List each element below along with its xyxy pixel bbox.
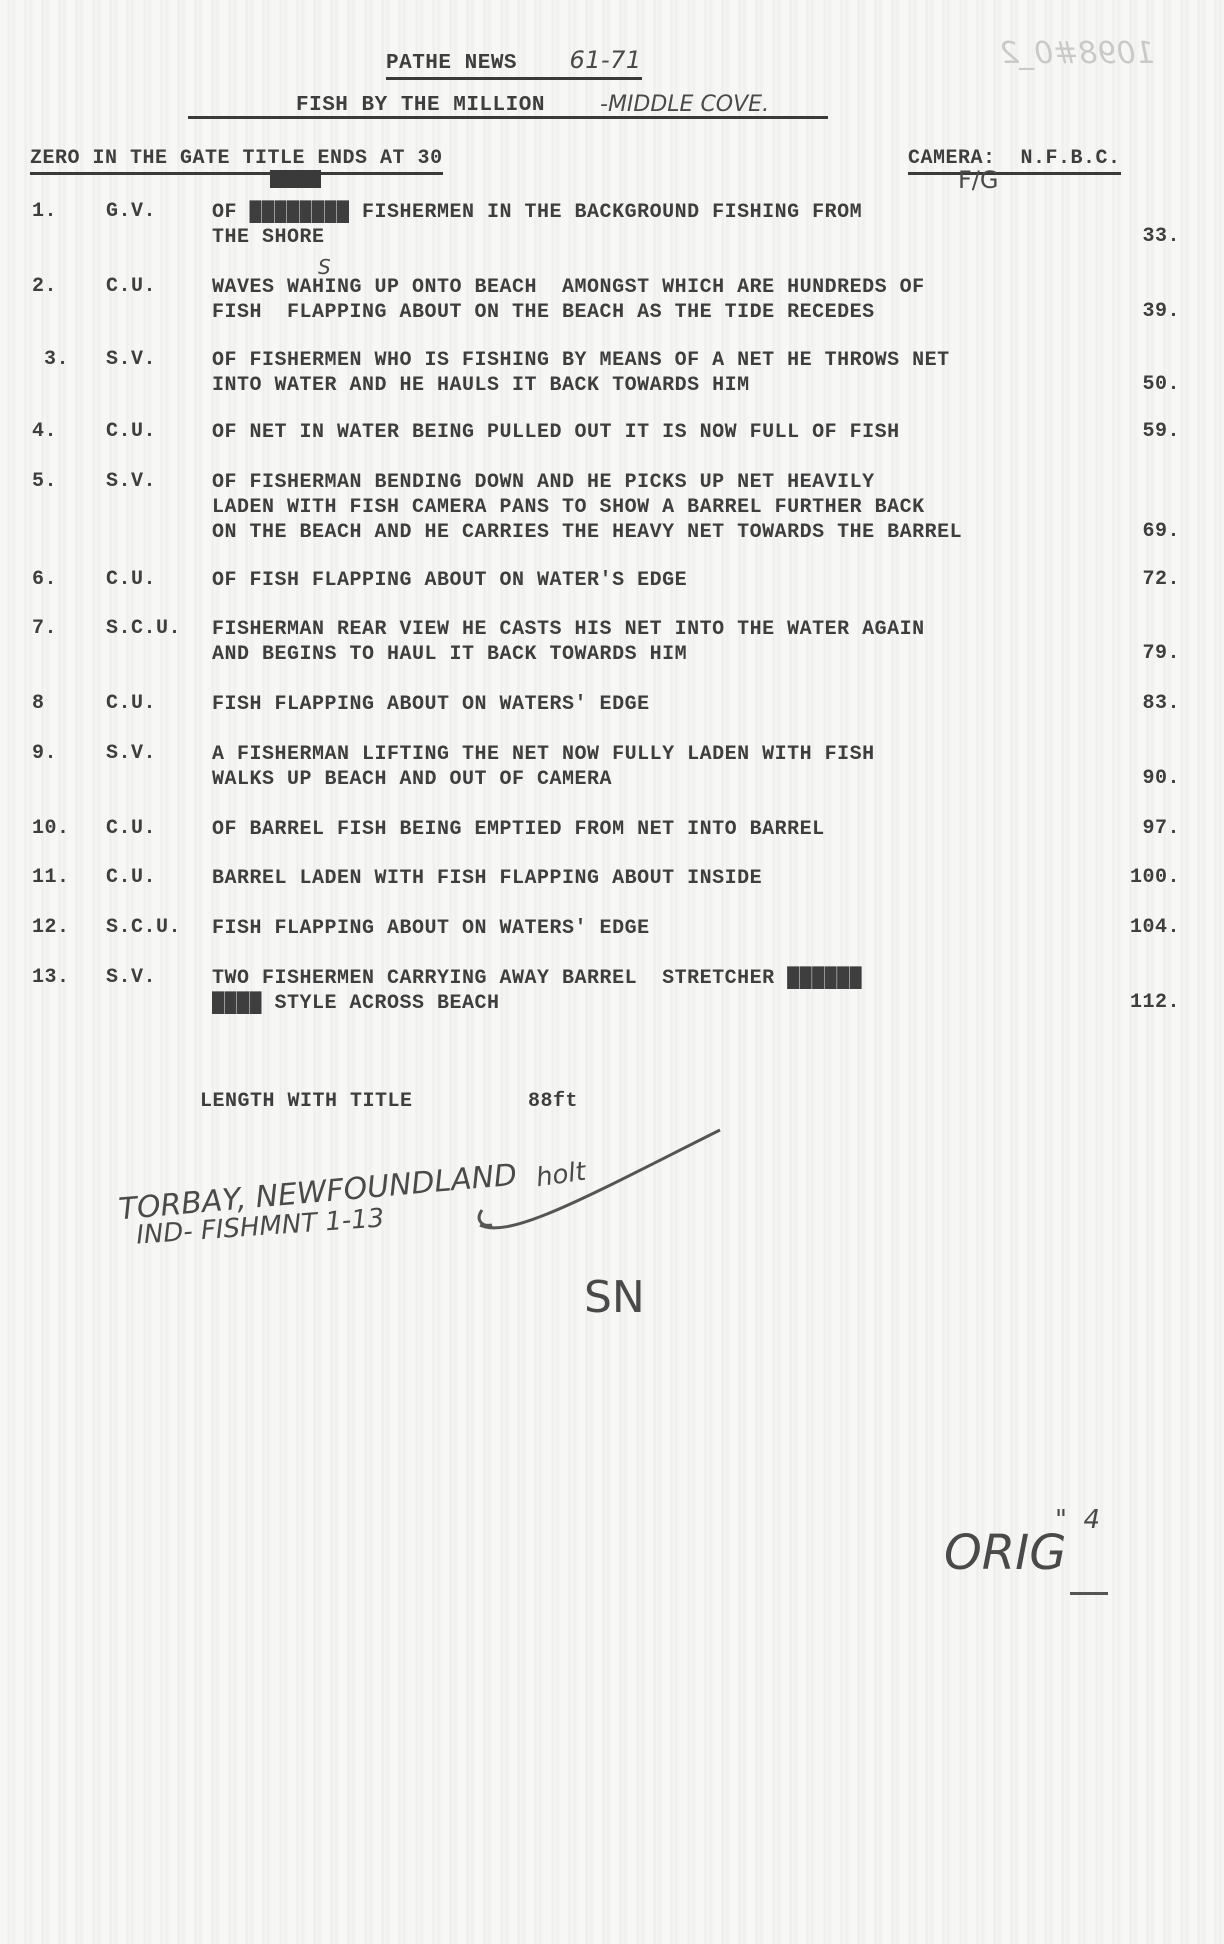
- handwritten-initials-sn: SN: [584, 1272, 645, 1323]
- length-value: 88ft: [528, 1090, 578, 1113]
- shot-footage: 100.: [1110, 866, 1180, 889]
- shot-type: S.V.: [106, 966, 206, 989]
- handwritten-correction: S: [318, 255, 331, 279]
- shot-footage: 59.: [1110, 420, 1180, 443]
- shot-type: G.V.: [106, 200, 206, 223]
- shot-footage: 79.: [1110, 642, 1180, 665]
- shot-description: OF ████████ FISHERMEN IN THE BACKGROUND …: [212, 200, 1112, 250]
- shot-footage: 90.: [1110, 767, 1180, 790]
- shot-type: S.V.: [106, 470, 206, 493]
- shot-number: 8: [32, 692, 72, 715]
- zero-gate-annotation: BEACH: [270, 170, 321, 188]
- shot-number: 2.: [32, 275, 72, 298]
- shot-footage: 33.: [1110, 225, 1180, 248]
- shot-footage: 72.: [1110, 568, 1180, 591]
- document-title: PATHE NEWS 61-71: [386, 46, 642, 80]
- story-location-handwritten: -MIDDLE COVE.: [600, 92, 769, 117]
- title-text: PATHE NEWS: [386, 52, 517, 75]
- shot-footage: 97.: [1110, 817, 1180, 840]
- shot-number: 5.: [32, 470, 72, 493]
- shot-footage: 39.: [1110, 300, 1180, 323]
- story-title: FISH BY THE MILLION: [296, 94, 545, 117]
- shot-number: 10.: [32, 817, 72, 840]
- shot-type: C.U.: [106, 817, 206, 840]
- handwritten-orig: ORIG: [944, 1525, 1066, 1581]
- shot-description: OF BARREL FISH BEING EMPTIED FROM NET IN…: [212, 817, 1112, 842]
- shot-type: S.C.U.: [106, 617, 206, 640]
- shot-type: S.V.: [106, 742, 206, 765]
- shot-type: C.U.: [106, 692, 206, 715]
- handwritten-check-mark: [470, 1115, 730, 1245]
- shot-number: 11.: [32, 866, 72, 889]
- shot-type: C.U.: [106, 568, 206, 591]
- camera-annotation: F/G: [958, 166, 999, 194]
- shot-description: TWO FISHERMEN CARRYING AWAY BARREL STRET…: [212, 966, 1112, 1016]
- shot-type: C.U.: [106, 275, 206, 298]
- shot-description: WAVES WAHING UP ONTO BEACH AMONGST WHICH…: [212, 275, 1112, 325]
- shot-number: 7.: [32, 617, 72, 640]
- shot-footage: 83.: [1110, 692, 1180, 715]
- shot-type: S.C.U.: [106, 916, 206, 939]
- shot-description: A FISHERMAN LIFTING THE NET NOW FULLY LA…: [212, 742, 1112, 792]
- shot-description: FISH FLAPPING ABOUT ON WATERS' EDGE: [212, 916, 1112, 941]
- shot-description: FISH FLAPPING ABOUT ON WATERS' EDGE: [212, 692, 1112, 717]
- shot-number: 9.: [32, 742, 72, 765]
- shot-description: OF FISHERMAN BENDING DOWN AND HE PICKS U…: [212, 470, 1112, 545]
- shot-description: BARREL LADEN WITH FISH FLAPPING ABOUT IN…: [212, 866, 1112, 891]
- shot-footage: 69.: [1110, 520, 1180, 543]
- shot-type: S.V.: [106, 348, 206, 371]
- shot-number: 4.: [32, 420, 72, 443]
- orig-underline: [1070, 1592, 1108, 1595]
- length-label: LENGTH WITH TITLE: [200, 1090, 413, 1113]
- shot-type: C.U.: [106, 866, 206, 889]
- archive-number-bleedthrough: 1098#0_2: [1000, 36, 1155, 71]
- camera-field: CAMERA: N.F.B.C.: [908, 147, 1121, 175]
- shot-footage: 50.: [1110, 373, 1180, 396]
- shot-number: 12.: [32, 916, 72, 939]
- handwritten-orig-marks: " 4: [1055, 1505, 1100, 1535]
- shot-number: 6.: [32, 568, 72, 591]
- shot-number: 13.: [32, 966, 72, 989]
- shot-footage: 104.: [1110, 916, 1180, 939]
- shot-number: 1.: [32, 200, 72, 223]
- shot-type: C.U.: [106, 420, 206, 443]
- shot-number: 3.: [44, 348, 84, 371]
- shot-description: OF NET IN WATER BEING PULLED OUT IT IS N…: [212, 420, 1112, 445]
- shot-footage: 112.: [1110, 991, 1180, 1014]
- title-ref: 61-71: [569, 46, 641, 74]
- zero-gate-note: ZERO IN THE GATE TITLE ENDS AT 30: [30, 147, 443, 175]
- shot-description: FISHERMAN REAR VIEW HE CASTS HIS NET INT…: [212, 617, 1112, 667]
- shot-description: OF FISH FLAPPING ABOUT ON WATER'S EDGE: [212, 568, 1112, 593]
- shot-description: OF FISHERMEN WHO IS FISHING BY MEANS OF …: [212, 348, 1112, 398]
- camera-value: N.F.B.C.: [1021, 147, 1121, 170]
